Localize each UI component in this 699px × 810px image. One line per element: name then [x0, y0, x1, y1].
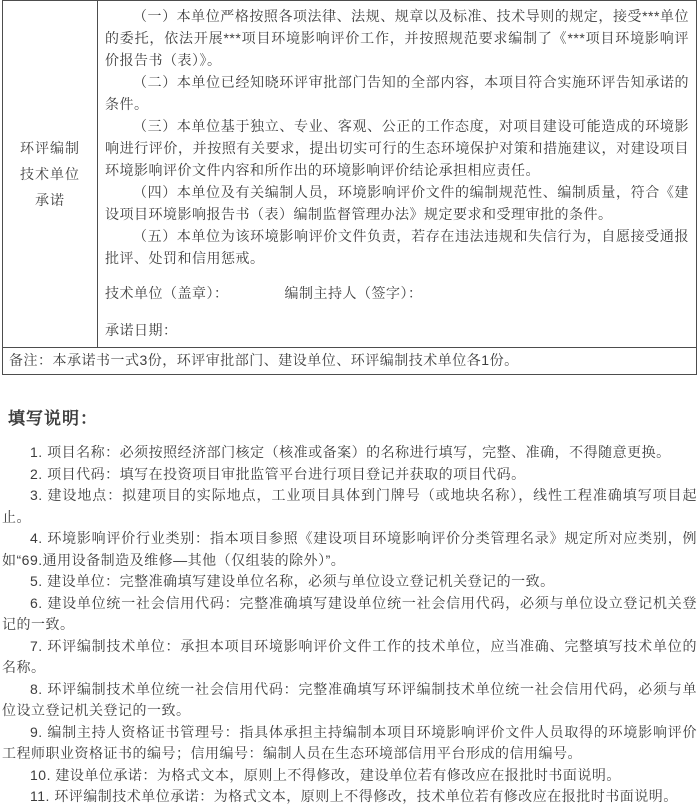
commitment-paragraph-2: （二）本单位已经知晓环评审批部门告知的全部内容，本项目符合实施环评告知承诺的条件…	[105, 71, 689, 115]
note-text: 备注：本承诺书一式3份，环评审批部门、建设单位、环评编制技术单位各1份。	[9, 352, 519, 368]
commitment-date-label: 承诺日期：	[105, 319, 689, 341]
instruction-item-6: 6. 建设单位统一社会信用代码：完整准确填写建设单位统一社会信用代码，必须与单位…	[2, 593, 697, 636]
document-page: 环评编制技术单位承诺 （一）本单位严格按照各项法律、法规、规章以及标准、技术导则…	[0, 0, 699, 810]
instruction-item-11: 11. 环评编制技术单位承诺：为格式文本，原则上不得修改，技术单位若有修改应在报…	[2, 786, 697, 808]
note-row: 备注：本承诺书一式3份，环评审批部门、建设单位、环评编制技术单位各1份。	[3, 347, 696, 374]
commitment-content-cell: （一）本单位严格按照各项法律、法规、规章以及标准、技术导则的规定，接受***单位…	[98, 1, 696, 347]
instruction-item-5: 5. 建设单位：完整准确填写建设单位名称，必须与单位设立登记机关登记的一致。	[2, 571, 697, 593]
signature-line: 技术单位（盖章）：编制主持人（签字）：	[105, 282, 689, 304]
instruction-item-3: 3. 建设地点：拟建项目的实际地点，工业项目具体到门牌号（或地块名称），线性工程…	[2, 485, 697, 528]
instruction-item-1: 1. 项目名称：必须按照经济部门核定（核准或备案）的名称进行填写，完整、准确，不…	[2, 442, 697, 464]
unit-seal-label: 技术单位（盖章）：	[105, 285, 229, 301]
instruction-item-2: 2. 项目代码：填写在投资项目审批监管平台进行项目登记并获取的项目代码。	[2, 464, 697, 486]
instruction-item-8: 8. 环评编制技术单位统一社会信用代码：完整准确填写环评编制技术单位统一社会信用…	[2, 679, 697, 722]
row-header-cell: 环评编制技术单位承诺	[3, 1, 98, 347]
instructions-title: 填写说明：	[8, 404, 697, 429]
fill-instructions-section: 填写说明： 1. 项目名称：必须按照经济部门核定（核准或备案）的名称进行填写，完…	[2, 404, 697, 808]
row-header-label: 环评编制技术单位承诺	[19, 135, 81, 213]
instruction-item-9: 9. 编制主持人资格证书管理号：指具体承担主持编制本项目环境影响评价文件人员取得…	[2, 722, 697, 765]
commitment-paragraph-5: （五）本单位为该环境影响评价文件负责，若存在违法违规和失信行为，自愿接受通报批评…	[105, 225, 689, 269]
commitment-table: 环评编制技术单位承诺 （一）本单位严格按照各项法律、法规、规章以及标准、技术导则…	[2, 0, 697, 375]
instruction-item-7: 7. 环评编制技术单位：承担本项目环境影响评价文件工作的技术单位，应当准确、完整…	[2, 636, 697, 679]
commitment-paragraph-3: （三）本单位基于独立、专业、客观、公正的工作态度，对项目建设可能造成的环境影响进…	[105, 115, 689, 181]
commitment-row: 环评编制技术单位承诺 （一）本单位严格按照各项法律、法规、规章以及标准、技术导则…	[3, 1, 696, 347]
commitment-paragraph-1: （一）本单位严格按照各项法律、法规、规章以及标准、技术导则的规定，接受***单位…	[105, 5, 689, 71]
chief-signer-label: 编制主持人（签字）：	[285, 285, 423, 301]
instruction-item-10: 10. 建设单位承诺：为格式文本，原则上不得修改，建设单位若有修改应在报批时书面…	[2, 765, 697, 787]
commitment-paragraph-4: （四）本单位及有关编制人员，环境影响评价文件的编制规范性、编制质量，符合《建设项…	[105, 181, 689, 225]
instruction-item-4: 4. 环境影响评价行业类别：指本项目参照《建设项目环境影响评价分类管理名录》规定…	[2, 528, 697, 571]
